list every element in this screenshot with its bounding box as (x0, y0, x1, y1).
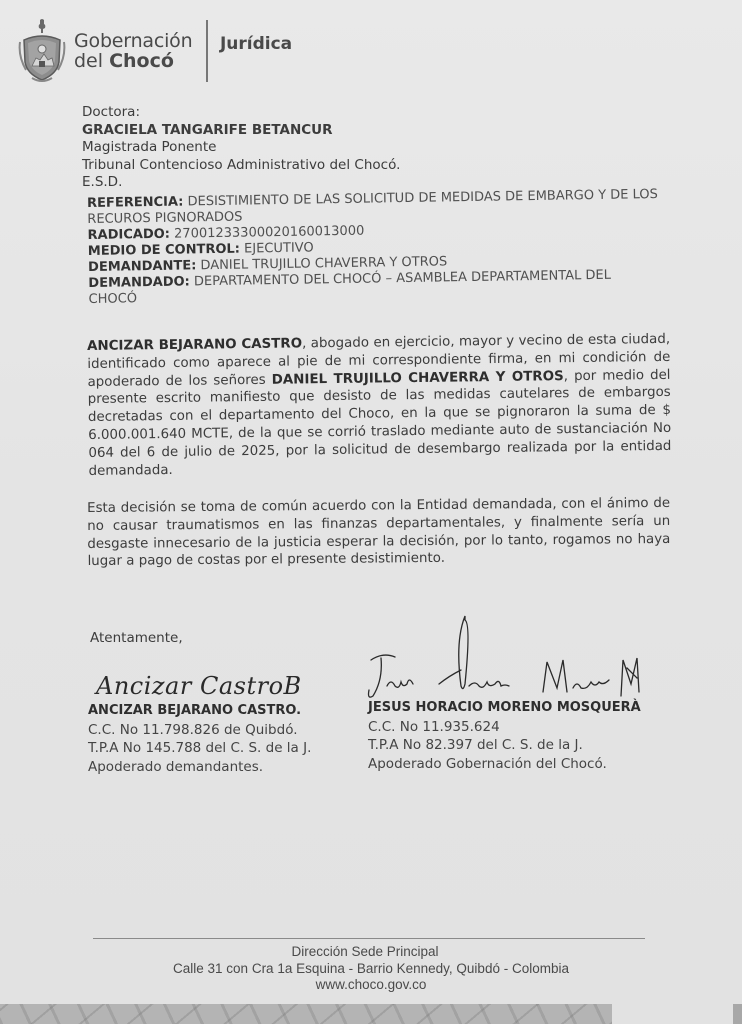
lawyer-name: ANCIZAR BEJARANO CASTRO (87, 336, 302, 354)
header-divider (206, 20, 208, 82)
signer-2-cc: C.C. No 11.935.624 (368, 718, 641, 737)
demandante-label: DEMANDANTE: (88, 258, 196, 275)
medio-value: EJECUTIVO (244, 240, 314, 256)
salutation: Doctora: (82, 104, 400, 122)
closing: Atentamente, (90, 630, 183, 646)
signer-1-name: ANCIZAR BEJARANO CASTRO. (88, 702, 311, 721)
addressee-block: Doctora: GRACIELA TANGARIFE BETANCUR Mag… (82, 104, 400, 192)
body-paragraph-2: Esta decisión se toma de común acuerdo c… (87, 495, 671, 571)
medio-label: MEDIO DE CONTROL: (88, 242, 240, 259)
document-page: Gobernación del Chocó Jurídica Doctora: … (0, 0, 742, 1024)
addressee-esd: E.S.D. (82, 174, 400, 192)
coat-of-arms-icon (18, 18, 66, 84)
signature-block-1: ANCIZAR BEJARANO CASTRO. C.C. No 11.798.… (88, 702, 311, 776)
footer-divider (93, 938, 645, 939)
footer-title: Dirección Sede Principal (0, 944, 742, 961)
addressee-name: GRACIELA TANGARIFE BETANCUR (82, 122, 400, 140)
radicado-value: 27001233300020160013000 (174, 224, 364, 242)
org-name-bold: Chocó (109, 50, 174, 72)
signer-1-cc: C.C. No 11.798.826 de Quibdó. (88, 721, 311, 740)
org-name-prefix: del (74, 50, 103, 72)
signature-block-2: JESUS HORACIO MORENO MOSQUERÀ C.C. No 11… (368, 699, 641, 773)
signature-2-handwritten (365, 608, 645, 707)
signer-2-name: JESUS HORACIO MORENO MOSQUERÀ (368, 699, 641, 718)
footer-website[interactable]: www.choco.gov.co (0, 977, 742, 994)
signer-2-tpa: T.P.A No 82.397 del C. S. de la J. (368, 736, 641, 755)
plaintiff-name: DANIEL TRUJILLO CHAVERRA Y OTROS (272, 369, 564, 388)
demandado-label: DEMANDADO: (88, 274, 190, 291)
signer-1-tpa: T.P.A No 145.788 del C. S. de la J. (88, 739, 311, 758)
signer-2-role: Apoderado Gobernación del Chocó. (368, 755, 641, 774)
referencia-label: REFERENCIA: (87, 194, 184, 211)
org-name-line2: del Chocó (74, 51, 192, 71)
radicado-label: RADICADO: (88, 227, 171, 243)
decorative-footer-band-edge (733, 1004, 742, 1024)
letterhead: Gobernación del Chocó Jurídica (18, 18, 292, 84)
addressee-role: Magistrada Ponente (82, 139, 400, 157)
decorative-footer-band (0, 1004, 612, 1024)
department-label: Jurídica (220, 34, 292, 54)
signer-1-role: Apoderado demandantes. (88, 758, 311, 777)
reference-block: REFERENCIA: DESISTIMIENTO DE LAS SOLICIT… (87, 187, 664, 308)
signature-1-handwritten: Ancizar CastroB (96, 672, 302, 700)
footer: Dirección Sede Principal Calle 31 con Cr… (0, 944, 742, 994)
footer-address: Calle 31 con Cra 1a Esquina - Barrio Ken… (0, 961, 742, 978)
org-name: Gobernación del Chocó (74, 31, 192, 71)
body-paragraph-1: ANCIZAR BEJARANO CASTRO, abogado en ejer… (87, 331, 672, 480)
org-name-line1: Gobernación (74, 31, 192, 51)
addressee-court: Tribunal Contencioso Administrativo del … (82, 157, 400, 175)
